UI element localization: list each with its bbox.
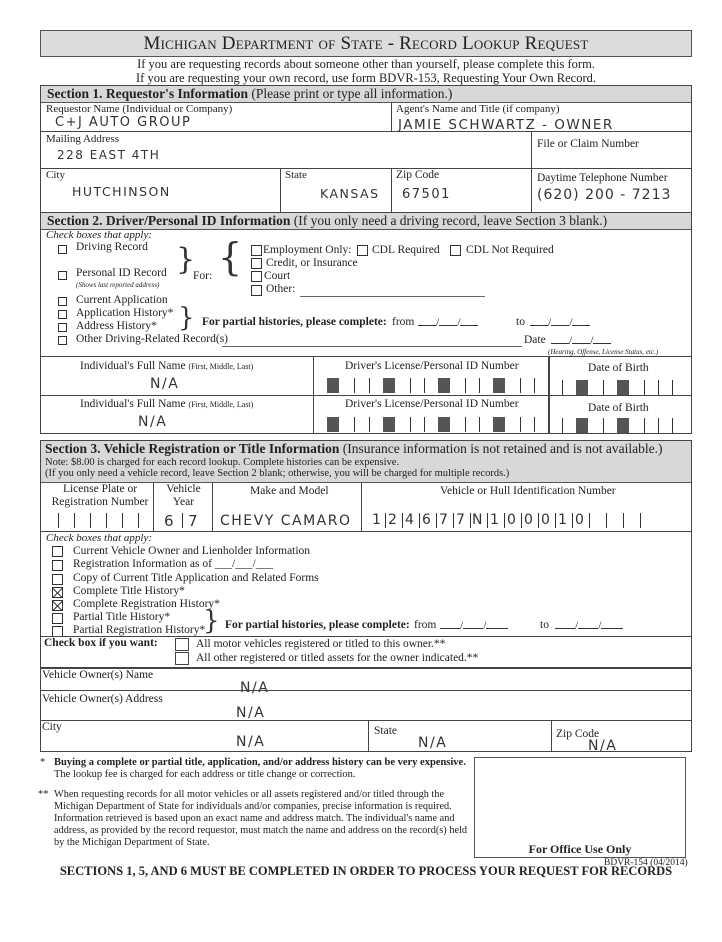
for-label: For: — [193, 270, 212, 282]
section3-heading: Section 3. Vehicle Registration or Title… — [41, 441, 691, 457]
date-note: (Hearing, Offense, License Status, etc.) — [548, 348, 658, 356]
personal-id-note: (Shows last reported address) — [76, 281, 159, 289]
vin-label: Vehicle or Hull Identification Number — [440, 485, 616, 497]
other-checkbox[interactable] — [251, 285, 262, 296]
other-label: Other: — [266, 283, 295, 295]
to-date-field[interactable]: // — [530, 316, 590, 329]
date-label: Date — [524, 334, 546, 346]
make-label: Make and Model — [250, 485, 329, 497]
make-model-field[interactable]: CHEVY CAMARO — [220, 513, 351, 529]
section2-check-label: Check boxes that apply: — [46, 229, 152, 241]
double-star-icon: ** — [38, 789, 49, 801]
section3-check-label: Check boxes that apply: — [46, 532, 152, 544]
complete-registration-checkbox[interactable] — [52, 600, 63, 611]
plate-label: License Plate or Registration Number — [50, 483, 150, 509]
address-history-label: Address History* — [76, 320, 157, 332]
note-star1-bold: Buying a complete or partial title, appl… — [54, 757, 469, 769]
subtitle-line1: If you are requesting records about some… — [40, 57, 692, 72]
all-assets-label: All other registered or titled assets fo… — [196, 652, 478, 664]
section3-note2: (If you only need a vehicle record, leav… — [41, 468, 691, 479]
complete-registration-label: Complete Registration History* — [73, 598, 220, 610]
copy-title-label: Copy of Current Title Application and Re… — [73, 572, 319, 584]
city-label: City — [46, 169, 65, 181]
credit-checkbox[interactable] — [251, 258, 262, 269]
cdl-required-label: CDL Required — [372, 244, 440, 256]
s3-partial-label: For partial histories, please complete: — [225, 619, 410, 631]
personal-id-checkbox[interactable] — [58, 271, 67, 280]
s3-from-date-field[interactable]: // — [440, 619, 508, 632]
mailing-address-field[interactable]: 228 EAST 4TH — [57, 148, 160, 162]
partial-label: For partial histories, please complete: — [202, 316, 387, 328]
individual-1-dob-label: Date of Birth — [588, 362, 649, 374]
registration-as-of-label[interactable]: Registration Information as of ___/___/_… — [73, 558, 273, 570]
agent-name-label: Agent's Name and Title (if company) — [396, 103, 560, 115]
owner-address-label: Vehicle Owner(s) Address — [42, 693, 163, 705]
cdl-not-required-checkbox[interactable] — [450, 245, 461, 256]
state-label: State — [285, 169, 307, 181]
owner-state-label: State — [374, 725, 397, 737]
cdl-not-required-label: CDL Not Required — [466, 244, 554, 256]
court-label: Court — [264, 270, 290, 282]
current-app-label: Current Application — [76, 294, 168, 306]
subtitle-line2: If you are requesting your own record, u… — [40, 71, 692, 86]
app-history-label: Application History* — [76, 307, 173, 319]
individual-2-dob-label: Date of Birth — [588, 402, 649, 414]
agent-name-field[interactable]: JAMIE SCHWARTZ - OWNER — [398, 117, 614, 133]
current-app-checkbox[interactable] — [58, 297, 67, 306]
other-driving-field[interactable] — [222, 346, 522, 347]
current-owner-label: Current Vehicle Owner and Lienholder Inf… — [73, 545, 310, 557]
section2-heading: Section 2. Driver/Personal ID Informatio… — [41, 213, 691, 230]
state-field[interactable]: KANSAS — [320, 186, 380, 201]
employment-label: Employment Only: — [263, 244, 351, 256]
partial-title-label: Partial Title History* — [73, 611, 170, 623]
zip-label: Zip Code — [396, 169, 439, 181]
s3-from-label: from — [414, 619, 436, 631]
section1-heading: Section 1. Requestor's Information (Plea… — [41, 86, 691, 103]
office-use-box: For Office Use Only — [474, 757, 686, 858]
individual-1-name-field[interactable]: N/A — [150, 376, 179, 392]
file-claim-field[interactable] — [537, 152, 687, 166]
copy-title-checkbox[interactable] — [52, 574, 63, 585]
record-lookup-form: Michigan Department of State - Record Lo… — [0, 0, 722, 942]
brace-left-icon: { — [218, 242, 242, 272]
other-field[interactable] — [300, 296, 485, 297]
note-star2: When requesting records for all motor ve… — [54, 789, 474, 849]
owner-state-field[interactable]: N/A — [418, 735, 447, 751]
owner-address-field[interactable]: N/A — [236, 705, 265, 721]
individual-1-dl-label: Driver's License/Personal ID Number — [345, 360, 519, 372]
from-label: from — [392, 316, 414, 328]
section3-note1: Note: $8.00 is charged for each record l… — [41, 457, 691, 468]
to-label: to — [516, 316, 525, 328]
app-history-checkbox[interactable] — [58, 310, 67, 319]
owner-name-field[interactable]: N/A — [240, 680, 269, 696]
file-claim-label: File or Claim Number — [537, 138, 639, 150]
s3-to-date-field[interactable]: // — [555, 619, 623, 632]
note-star1-rest: The lookup fee is charged for each addre… — [54, 769, 469, 781]
personal-id-label: Personal ID Record — [76, 267, 167, 279]
date-field[interactable]: // — [551, 334, 611, 347]
from-date-field[interactable]: // — [418, 316, 478, 329]
brace-right-icon: } — [203, 606, 220, 636]
requestor-name-field[interactable]: C+J AUTO GROUP — [55, 115, 191, 130]
phone-label: Daytime Telephone Number — [537, 172, 668, 184]
want-label: Check box if you want: — [44, 637, 158, 649]
driving-record-checkbox[interactable] — [58, 245, 67, 254]
form-title: Michigan Department of State - Record Lo… — [40, 30, 692, 57]
individual-2-name-label: Individual's Full Name (First, Middle, L… — [80, 398, 253, 410]
cdl-required-checkbox[interactable] — [357, 245, 368, 256]
office-use-label: For Office Use Only — [475, 842, 685, 857]
court-checkbox[interactable] — [251, 271, 262, 282]
phone-field[interactable]: (620) 200 - 7213 — [537, 187, 671, 203]
individual-2-name-field[interactable]: N/A — [138, 414, 167, 430]
owner-city-label: City — [42, 721, 62, 733]
zip-field[interactable]: 67501 — [402, 187, 451, 202]
brace-right-icon: } — [178, 303, 195, 333]
requestor-name-label: Requestor Name (Individual or Company) — [46, 103, 232, 115]
mailing-address-label: Mailing Address — [46, 133, 119, 145]
complete-title-label: Complete Title History* — [73, 585, 185, 597]
individual-2-dl-label: Driver's License/Personal ID Number — [345, 398, 519, 410]
current-owner-checkbox[interactable] — [52, 546, 63, 557]
other-driving-label: Other Driving-Related Record(s) — [76, 333, 228, 345]
city-field[interactable]: HUTCHINSON — [72, 184, 171, 199]
employment-checkbox[interactable] — [251, 245, 262, 256]
driving-record-label: Driving Record — [76, 241, 148, 253]
partial-title-checkbox[interactable] — [52, 613, 63, 624]
partial-registration-label: Partial Registration History* — [73, 624, 205, 636]
registration-as-of-checkbox[interactable] — [52, 560, 63, 571]
other-driving-checkbox[interactable] — [58, 336, 67, 345]
footer-instruction: SECTIONS 1, 5, AND 6 MUST BE COMPLETED I… — [40, 864, 692, 879]
owner-city-field[interactable]: N/A — [236, 734, 265, 750]
all-assets-checkbox[interactable] — [175, 652, 189, 665]
year-label: Vehicle Year — [156, 483, 211, 509]
complete-title-checkbox[interactable] — [52, 587, 63, 598]
all-vehicles-checkbox[interactable] — [175, 638, 189, 651]
individual-1-name-label: Individual's Full Name (First, Middle, L… — [80, 360, 253, 372]
owner-zip-field[interactable]: N/A — [588, 738, 617, 754]
s3-to-label: to — [540, 619, 549, 631]
star-icon: * — [40, 757, 45, 769]
address-history-checkbox[interactable] — [58, 323, 67, 332]
section3-header: Section 3. Vehicle Registration or Title… — [41, 441, 691, 483]
all-vehicles-label: All motor vehicles registered or titled … — [196, 638, 445, 650]
credit-label: Credit, or Insurance — [266, 257, 358, 269]
owner-name-label: Vehicle Owner(s) Name — [42, 669, 153, 681]
